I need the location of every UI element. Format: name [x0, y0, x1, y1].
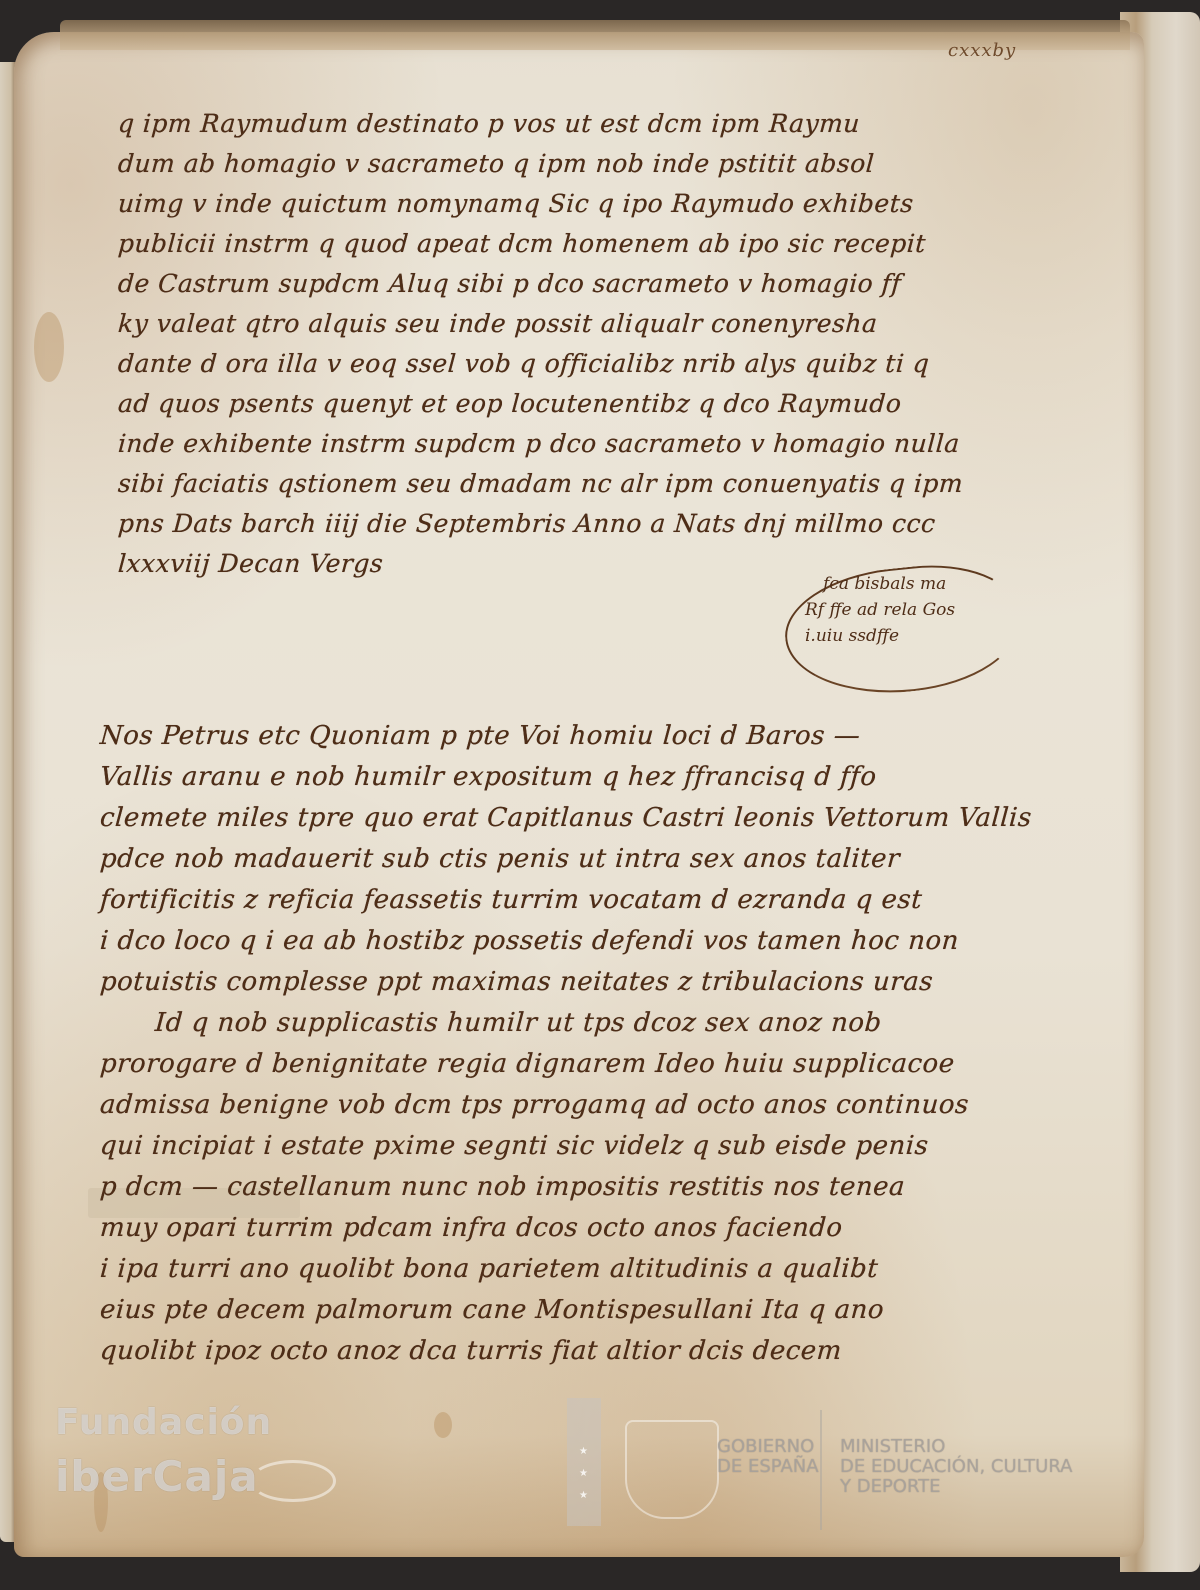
text-line: ky valeat qtro alquis seu inde possit al… [117, 304, 1000, 344]
text-line: pns Dats barch iiij die Septembris Anno … [117, 504, 1000, 544]
text-line: i dco loco q i ea ab hostibz possetis de… [99, 921, 1032, 962]
text-line: quolibt ipoz octo anoz dca turris fiat a… [99, 1331, 1032, 1372]
text-line: fortificitis z reficia feassetis turrim … [99, 880, 1032, 921]
ibercaja-watermark-line1: Fundación [55, 1402, 272, 1443]
text-line: sibi faciatis qstionem seu dmadam nc alr… [117, 464, 1000, 504]
signature-line: Rf ffe ad rela Gos [805, 600, 955, 620]
ministerio-line3: Y DEPORTE [840, 1477, 1072, 1497]
text-line: dum ab homagio v sacrameto q ipm nob ind… [117, 144, 1000, 184]
text-line: i ipa turri ano quolibt bona parietem al… [99, 1249, 1032, 1290]
ministerio-line2: DE EDUCACIÓN, CULTURA [840, 1457, 1072, 1477]
watermark-divider [820, 1410, 822, 1530]
text-line: Vallis aranu e nob humilr expositum q he… [99, 757, 1032, 798]
text-line: potuistis complesse ppt maximas neitates… [99, 962, 1032, 1003]
star-icon: ★ [579, 1446, 588, 1457]
ministerio-watermark: MINISTERIO DE EDUCACIÓN, CULTURA Y DEPOR… [840, 1437, 1072, 1497]
text-line: ad quos psents quenyt et eop locutenenti… [117, 384, 1000, 424]
star-icon: ★ [579, 1490, 588, 1501]
text-block-1: q ipm Raymudum destinato p vos ut est dc… [118, 104, 998, 584]
signature-line: fca bisbals ma [823, 574, 946, 594]
gobierno-watermark: GOBIERNO DE ESPAÑA [717, 1437, 819, 1477]
eu-flag-stripe-icon: ★ ★ ★ [567, 1398, 601, 1526]
stain [34, 312, 64, 382]
signature-line: i.uiu ssdffe [805, 626, 899, 646]
text-line: pdce nob madauerit sub ctis penis ut int… [99, 839, 1032, 880]
text-line: prorogare d benignitate regia dignarem I… [99, 1044, 1032, 1085]
text-line: eius pte decem palmorum cane Montispesul… [99, 1290, 1032, 1331]
text-line: qui incipiat i estate pxime segnti sic v… [99, 1126, 1032, 1167]
text-line: p dcm — castellanum nunc nob impositis r… [99, 1167, 1032, 1208]
text-line: publicii instrm q quod apeat dcm homenem… [117, 224, 1000, 264]
text-line: admissa benigne vob dcm tps prrogamq ad … [99, 1085, 1032, 1126]
stain [434, 1412, 452, 1438]
text-line: uimg v inde quictum nomynamq Sic q ipo R… [117, 184, 1000, 224]
ibercaja-logo-icon [250, 1460, 336, 1502]
text-line: clemete miles tpre quo erat Capitlanus C… [99, 798, 1032, 839]
ibercaja-watermark-line2: iberCaja [55, 1452, 259, 1501]
text-line: inde exhibente instrm supdcm p dco sacra… [117, 424, 1000, 464]
gobierno-line1: GOBIERNO [717, 1437, 819, 1457]
text-line: de Castrum supdcm Aluq sibi p dco sacram… [117, 264, 1000, 304]
folio-number: cxxxby [948, 40, 1016, 61]
text-block-2: Nos Petrus etc Quoniam p pte Voi homiu l… [100, 716, 1030, 1372]
star-icon: ★ [579, 1468, 588, 1479]
text-line: dante d ora illa v eoq ssel vob q offici… [117, 344, 1000, 384]
notarial-signature: fca bisbals ma Rf ffe ad rela Gos i.uiu … [785, 560, 1025, 690]
text-line: Nos Petrus etc Quoniam p pte Voi homiu l… [99, 716, 1032, 757]
gobierno-line2: DE ESPAÑA [717, 1457, 819, 1477]
text-line: muy opari turrim pdcam infra dcos octo a… [99, 1208, 1032, 1249]
text-line: Id q nob supplicastis humilr ut tps dcoz… [99, 1003, 1032, 1044]
text-line: q ipm Raymudum destinato p vos ut est dc… [117, 104, 1000, 144]
ministerio-line1: MINISTERIO [840, 1437, 1072, 1457]
spain-coat-of-arms-icon [625, 1420, 719, 1519]
